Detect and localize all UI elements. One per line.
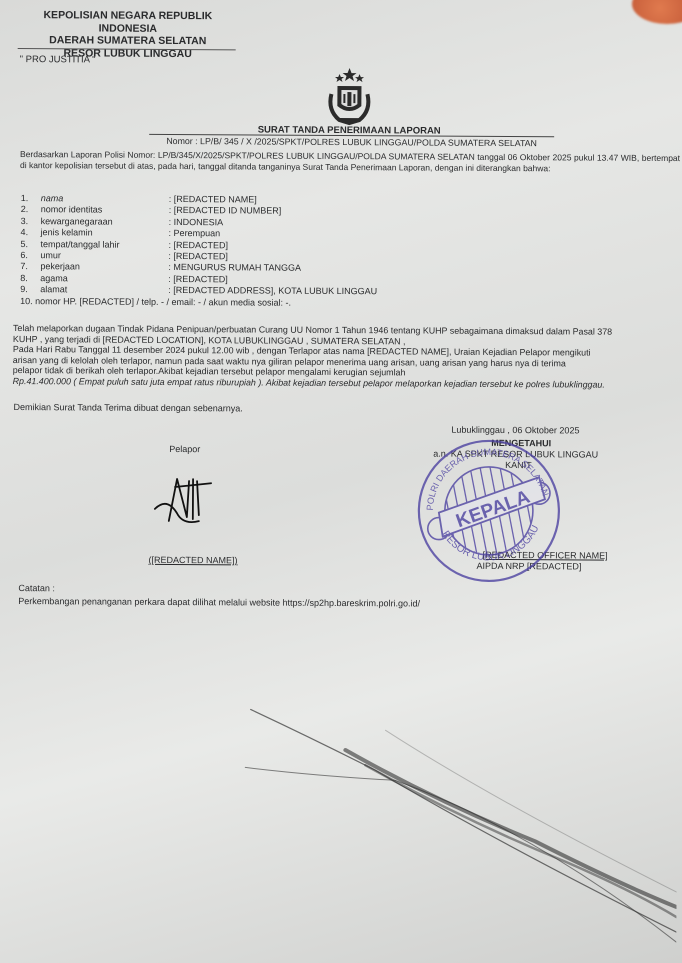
report-receipt-page: KEPOLISIAN NEGARA REPUBLIK INDONESIA DAE… <box>0 0 682 963</box>
police-crest-icon <box>317 66 381 126</box>
pro-justitia-label: " PRO JUSTITIA " <box>20 54 96 65</box>
reporter-name: ([REDACTED NAME]) <box>149 555 238 566</box>
letterhead-line-2: DAERAH SUMATERA SELATAN <box>18 34 238 48</box>
intro-paragraph: Berdasarkan Laporan Polisi Nomor: LP/B/3… <box>20 149 680 174</box>
reporter-label: Pelapor <box>169 444 200 454</box>
official-stamp-icon: POLRI DAERAH SUMATERA SELATAN RESOR LUBU… <box>408 432 569 583</box>
closing-statement: Demikian Surat Tanda Terima dibuat denga… <box>13 402 242 413</box>
letterhead: KEPOLISIAN NEGARA REPUBLIK INDONESIA DAE… <box>18 9 238 60</box>
stray-hair-on-paper <box>234 689 678 963</box>
field-row-contact: 10. nomor HP. [REDACTED] / telp. - / ema… <box>20 296 377 310</box>
notes-label: Catatan : <box>18 583 55 593</box>
reporter-details: 1.nama: [REDACTED NAME] 2.nomor identita… <box>20 193 378 309</box>
letterhead-line-1: KEPOLISIAN NEGARA REPUBLIK INDONESIA <box>18 9 238 35</box>
document-number: Nomor : LP/B/ 345 / X /2025/SPKT/POLRES … <box>149 134 554 148</box>
signature-icon <box>147 469 227 529</box>
report-description: Telah melaporkan dugaan Tindak Pidana Pe… <box>13 323 682 391</box>
notes-text: Perkembangan penanganan perkara dapat di… <box>18 596 420 608</box>
